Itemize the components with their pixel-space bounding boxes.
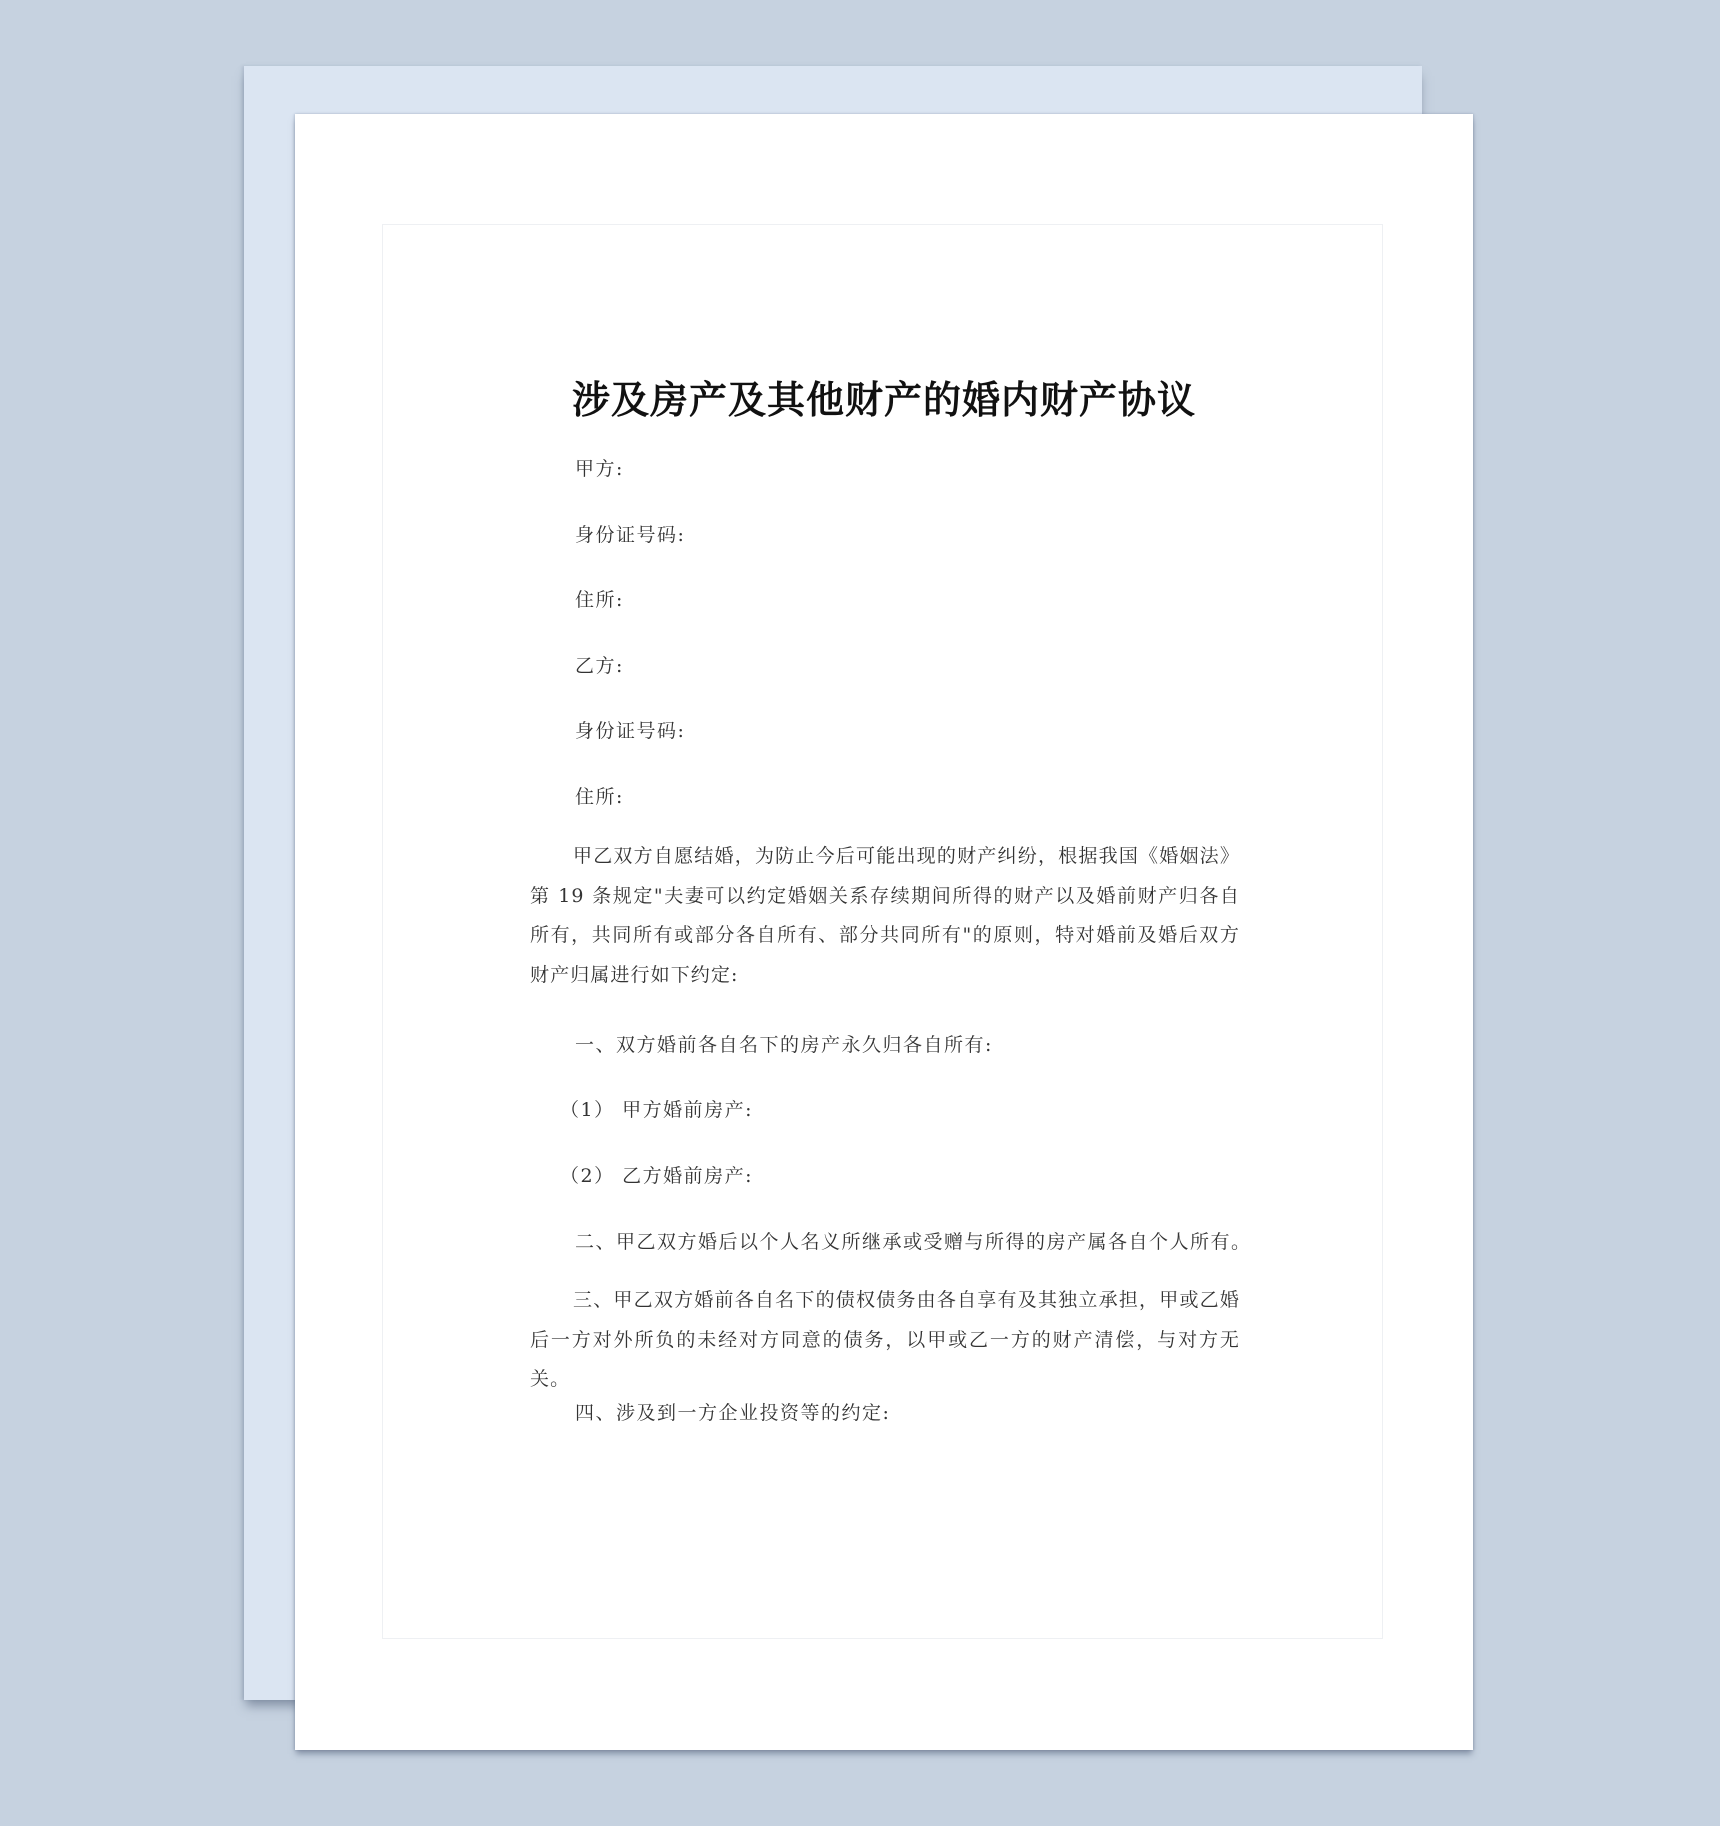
clause-1: 一、双方婚前各自名下的房产永久归各自所有:	[575, 1032, 993, 1058]
document-page: 涉及房产及其他财产的婚内财产协议 甲方: 身份证号码: 住所: 乙方: 身份证号…	[295, 114, 1473, 1750]
party-b-name-label: 乙方:	[575, 653, 624, 679]
clause-3: 三、甲乙双方婚前各自名下的债权债务由各自享有及其独立承担，甲或乙婚后一方对外所负…	[530, 1281, 1240, 1400]
clause-4: 四、涉及到一方企业投资等的约定:	[575, 1400, 890, 1426]
party-a-address-label: 住所:	[575, 587, 624, 613]
party-b-id-label: 身份证号码:	[575, 718, 685, 744]
party-a-name-label: 甲方:	[575, 456, 624, 482]
preamble-paragraph: 甲乙双方自愿结婚，为防止今后可能出现的财产纠纷，根据我国《婚姻法》第 19 条规…	[530, 837, 1240, 995]
clause-2: 二、甲乙双方婚后以个人名义所继承或受赠与所得的房产属各自个人所有。	[575, 1229, 1252, 1255]
document-title: 涉及房产及其他财产的婚内财产协议	[295, 376, 1473, 424]
clause-1-sub-item-1: （1） 甲方婚前房产:	[560, 1097, 753, 1123]
clause-1-sub-item-2: （2） 乙方婚前房产:	[560, 1163, 753, 1189]
party-a-id-label: 身份证号码:	[575, 522, 685, 548]
party-b-address-label: 住所:	[575, 784, 624, 810]
